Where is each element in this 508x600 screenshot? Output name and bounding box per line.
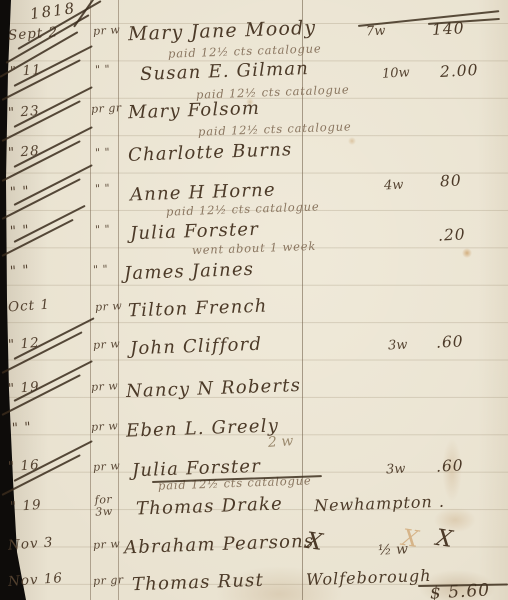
entry-date: " " bbox=[9, 262, 30, 279]
weeks-count: 10w bbox=[382, 65, 410, 81]
amount: 80 bbox=[440, 171, 463, 190]
check-x-mark: X bbox=[304, 528, 324, 556]
entry-name: Julia Forster bbox=[130, 219, 260, 244]
weeks-count: 4w bbox=[384, 178, 404, 194]
amount: 2.00 bbox=[440, 61, 479, 81]
entry-name: Abraham Pearsons bbox=[124, 531, 315, 559]
entry-name: Thomas Rust bbox=[132, 570, 265, 596]
amount: .60 bbox=[436, 332, 465, 351]
rate-abbrev: " " bbox=[95, 223, 111, 237]
entry-name: Tilton French bbox=[128, 296, 268, 322]
rate-abbrev: " " bbox=[95, 182, 111, 196]
entry-name: Susan E. Gilman bbox=[140, 58, 310, 85]
amount: .60 bbox=[436, 456, 465, 475]
weeks-count: 3w bbox=[388, 338, 408, 354]
entry-name: Eben L. Greely bbox=[126, 415, 280, 441]
entry-date: " 19 bbox=[9, 497, 42, 515]
rate-abbrev: pr w bbox=[93, 537, 121, 551]
entry-place: Newhampton . bbox=[314, 492, 446, 516]
rate-abbrev: pr w bbox=[91, 379, 119, 393]
entry-date: " 23 bbox=[7, 103, 40, 121]
entry-date: " 16 bbox=[7, 457, 40, 475]
entry-name: John Clifford bbox=[130, 334, 263, 360]
entry-date: Nov 16 bbox=[8, 570, 64, 590]
entry-date: " " bbox=[11, 419, 32, 436]
rate-abbrev: pr w bbox=[93, 337, 121, 351]
rate-abbrev: pr w bbox=[95, 299, 123, 313]
check-x-mark: X bbox=[434, 525, 454, 553]
entry-date: Nov 3 bbox=[7, 534, 53, 553]
entry-date: Oct 1 bbox=[7, 297, 50, 316]
ledger-page-scan: 1818 Sept 2 pr w Mary Jane Moody paid 12… bbox=[0, 0, 508, 600]
entry-name: Nancy N Roberts bbox=[126, 375, 302, 402]
entry-date: " 12 bbox=[7, 335, 40, 353]
weeks-annotation: 2 w bbox=[267, 433, 293, 451]
entry-name: Thomas Drake bbox=[136, 493, 284, 519]
entry-name: Mary Folsom bbox=[128, 98, 261, 124]
entry-note: paid 12½ cts catalogue bbox=[198, 119, 352, 138]
amount: .20 bbox=[438, 225, 467, 244]
rate-abbrev: pr gr bbox=[91, 101, 122, 116]
rate-abbrev: " " bbox=[93, 263, 109, 277]
entry-name: Mary Jane Moody bbox=[128, 17, 317, 46]
rate-abbrev: pr w bbox=[93, 459, 121, 473]
entry-note: went about 1 week bbox=[192, 239, 317, 257]
entry-place: Wolfeborough bbox=[306, 566, 432, 589]
rate-abbrev: for 3w bbox=[94, 493, 121, 517]
entry-date: " 28 bbox=[7, 143, 40, 161]
rate-abbrev: pr w bbox=[93, 23, 121, 37]
vertical-rule-date bbox=[90, 0, 91, 600]
entry-name: Charlotte Burns bbox=[128, 139, 293, 166]
weeks-count: 7w bbox=[366, 24, 386, 40]
rate-abbrev: pr w bbox=[91, 419, 119, 433]
rate-abbrev: " " bbox=[95, 63, 111, 77]
weeks-count: 3w bbox=[386, 462, 406, 478]
rate-abbrev: pr gr bbox=[93, 573, 124, 588]
check-x-mark-faint: X bbox=[400, 525, 420, 553]
entry-name: James Jaines bbox=[124, 259, 255, 285]
rate-abbrev: " " bbox=[95, 146, 111, 160]
